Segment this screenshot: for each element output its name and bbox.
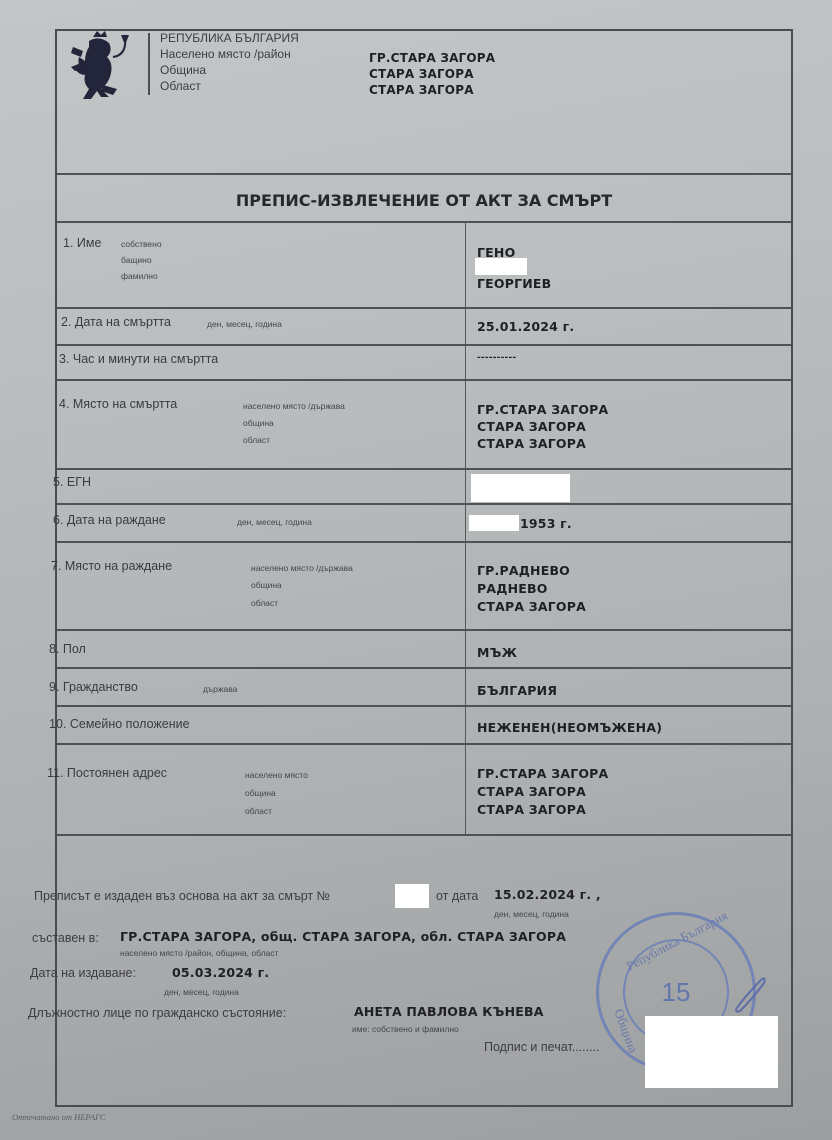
- issue-date-label: Дата на издаване:: [30, 966, 136, 980]
- row-divider: [57, 743, 791, 745]
- document-title: ПРЕПИС-ИЗВЛЕЧЕНИЕ ОТ АКТ ЗА СМЪРТ: [57, 191, 791, 210]
- header-value-region: СТАРА ЗАГОРА: [369, 83, 474, 97]
- signature-redaction-box: [645, 1016, 778, 1088]
- field-sublabel: собствено: [121, 239, 162, 249]
- field-label: 3. Час и минути на смъртта: [59, 352, 218, 366]
- field-sublabel: ден, месец, година: [207, 319, 282, 329]
- field-sublabel: бащино: [121, 255, 152, 265]
- row-divider: [57, 541, 791, 543]
- from-date-value: 15.02.2024 г. ,: [494, 887, 601, 902]
- redaction-box: [471, 474, 570, 502]
- divider: [57, 221, 791, 223]
- official-hint: име: собствено и фамилно: [352, 1024, 459, 1034]
- issue-date-value: 05.03.2024 г.: [172, 965, 269, 980]
- field-value: НЕЖЕНЕН(НЕОМЪЖЕНА): [477, 720, 662, 735]
- field-value: СТАРА ЗАГОРА: [477, 802, 586, 817]
- row-divider: [57, 307, 791, 309]
- header-value-settlement: ГР.СТАРА ЗАГОРА: [369, 51, 495, 65]
- from-date-hint: ден, месец, година: [494, 909, 569, 919]
- field-value: СТАРА ЗАГОРА: [477, 599, 586, 614]
- lion-emblem-icon: [63, 27, 139, 109]
- field-value: ГР.СТАРА ЗАГОРА: [477, 402, 608, 417]
- field-value: СТАРА ЗАГОРА: [477, 436, 586, 451]
- field-label: 11. Постоянен адрес: [47, 766, 167, 780]
- field-value: МЪЖ: [477, 645, 517, 660]
- printed-by-note: Отпечатано от НЕРАГС: [12, 1112, 106, 1122]
- redaction-box: [475, 258, 527, 275]
- field-value: 25.01.2024 г.: [477, 319, 574, 334]
- row-divider: [57, 503, 791, 505]
- field-sublabel: фамилно: [121, 271, 158, 281]
- field-sublabel: населено място: [245, 770, 308, 780]
- field-label: 9. Гражданство: [49, 680, 138, 694]
- field-value: ГР.СТАРА ЗАГОРА: [477, 766, 608, 781]
- field-label: 5. ЕГН: [53, 475, 91, 489]
- field-value: БЪЛГАРИЯ: [477, 683, 557, 698]
- field-value: ГЕОРГИЕВ: [477, 276, 551, 291]
- composed-value: ГР.СТАРА ЗАГОРА, общ. СТАРА ЗАГОРА, обл.…: [120, 929, 566, 944]
- row-divider: [57, 705, 791, 707]
- field-label: 2. Дата на смъртта: [61, 315, 171, 329]
- field-value: ----------: [477, 353, 516, 363]
- field-sublabel: община: [251, 580, 282, 590]
- field-sublabel: област: [251, 598, 278, 608]
- field-sublabel: населено място /държава: [251, 563, 353, 573]
- composed-hint: населено място /район, община, област: [120, 948, 278, 958]
- row-divider: [57, 834, 791, 836]
- row-divider: [57, 629, 791, 631]
- issue-date-hint: ден, месец, година: [164, 987, 239, 997]
- field-label: 8. Пол: [49, 642, 86, 656]
- divider: [57, 173, 791, 175]
- field-value: ГР.РАДНЕВО: [477, 563, 570, 578]
- redaction-box: [395, 884, 429, 908]
- from-date-label: от дата: [436, 889, 478, 903]
- field-value: РАДНЕВО: [477, 581, 548, 596]
- official-name: АНЕТА ПАВЛОВА КЪНЕВА: [354, 1004, 544, 1019]
- row-divider: [57, 379, 791, 381]
- header-label-region: Област: [160, 79, 201, 93]
- field-value: 1953 г.: [520, 516, 572, 531]
- header-label-municipality: Община: [160, 63, 206, 77]
- signature-label: Подпис и печат........: [484, 1040, 600, 1054]
- field-sublabel: населено място /държава: [243, 401, 345, 411]
- basis-text: Преписът е издаден въз основа на акт за …: [34, 889, 330, 903]
- official-label: Длъжностно лице по гражданско състояние:: [28, 1006, 286, 1020]
- field-sublabel: област: [243, 435, 270, 445]
- field-sublabel: държава: [203, 684, 237, 694]
- composed-label: съставен в:: [32, 931, 99, 945]
- field-label: 10. Семейно положение: [49, 717, 190, 731]
- row-divider: [57, 468, 791, 470]
- field-sublabel: ден, месец, година: [237, 517, 312, 527]
- header-label-settlement: Населено място /район: [160, 47, 291, 61]
- field-value: СТАРА ЗАГОРА: [477, 784, 586, 799]
- field-label: 4. Място на смъртта: [59, 397, 177, 411]
- redaction-box: [469, 515, 519, 531]
- field-label: 6. Дата на раждане: [53, 513, 166, 527]
- row-divider: [57, 667, 791, 669]
- field-value: СТАРА ЗАГОРА: [477, 419, 586, 434]
- header-value-municipality: СТАРА ЗАГОРА: [369, 67, 474, 81]
- field-sublabel: община: [245, 788, 276, 798]
- header-divider: [148, 33, 150, 95]
- field-label: 1. Име: [63, 236, 101, 250]
- country-name: РЕПУБЛИКА БЪЛГАРИЯ: [160, 31, 299, 45]
- field-label: 7. Място на раждане: [51, 559, 172, 573]
- field-sublabel: община: [243, 418, 274, 428]
- signature-scribble-icon: [730, 975, 770, 1015]
- field-sublabel: област: [245, 806, 272, 816]
- row-divider: [57, 344, 791, 346]
